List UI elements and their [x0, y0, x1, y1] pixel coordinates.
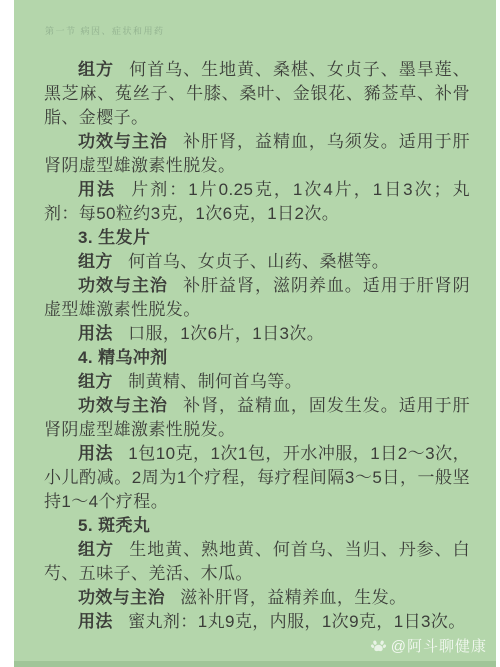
entry-label: 组方: [78, 252, 113, 271]
entry-label: 用法: [78, 444, 113, 463]
screenshot-root: 第一节 病因、症状和用药 组方何首乌、生地黄、桑椹、女贞子、墨旱莲、黑芝麻、菟丝…: [0, 0, 500, 667]
entry-text: 口服，1次6片，1日3次。: [128, 324, 324, 343]
entry-label: 组方: [78, 540, 114, 559]
entry-label: 用法: [78, 612, 113, 631]
entry-paragraph: 功效与主治补肝肾，益精血，乌须发。适用于肝肾阴虚型雄激素性脱发。: [44, 130, 470, 178]
page-body: 组方何首乌、生地黄、桑椹、女贞子、墨旱莲、黑芝麻、菟丝子、牛膝、桑叶、金银花、豨…: [44, 58, 470, 634]
entry-text: 制黄精、制何首乌等。: [128, 372, 302, 391]
entry-label: 功效与主治: [78, 276, 168, 295]
entry-label: 功效与主治: [78, 132, 168, 151]
entry-paragraph: 组方生地黄、熟地黄、何首乌、当归、丹参、白芍、五味子、羌活、木瓜。: [44, 538, 470, 586]
watermark: @阿斗聊健康: [370, 635, 487, 656]
entry-paragraph: 组方何首乌、女贞子、山药、桑椹等。: [44, 250, 470, 274]
entry-paragraph: 功效与主治补肝益肾，滋阴养血。适用于肝肾阴虚型雄激素性脱发。: [44, 274, 470, 322]
entry-text: 蜜丸剂：1丸9克，内服，1次9克，1日3次。: [128, 612, 466, 631]
entry-label: 组方: [78, 372, 113, 391]
entry-label: 功效与主治: [78, 396, 168, 415]
section-heading: 4. 精乌冲剂: [44, 346, 470, 370]
entry-label: 组方: [78, 60, 114, 79]
book-page: 第一节 病因、症状和用药 组方何首乌、生地黄、桑椹、女贞子、墨旱莲、黑芝麻、菟丝…: [14, 0, 496, 667]
section-heading: 3. 生发片: [44, 226, 470, 250]
page-header: 第一节 病因、症状和用药: [45, 24, 165, 37]
entry-text: 何首乌、女贞子、山药、桑椹等。: [128, 252, 389, 271]
entry-label: 功效与主治: [78, 588, 165, 607]
watermark-handle: @阿斗聊健康: [391, 635, 487, 656]
entry-paragraph: 用法1包10克，1次1包，开水冲服，1日2～3次，小儿酌减。2周为1个疗程，每疗…: [44, 442, 470, 514]
entry-paragraph: 用法蜜丸剂：1丸9克，内服，1次9克，1日3次。: [44, 610, 470, 634]
paw-icon: [370, 637, 387, 654]
entry-paragraph: 功效与主治补肾，益精血，固发生发。适用于肝肾阴虚型雄激素性脱发。: [44, 394, 470, 442]
entry-label: 用法: [78, 324, 113, 343]
entry-paragraph: 组方何首乌、生地黄、桑椹、女贞子、墨旱莲、黑芝麻、菟丝子、牛膝、桑叶、金银花、豨…: [44, 58, 470, 130]
entry-paragraph: 用法口服，1次6片，1日3次。: [44, 322, 470, 346]
entry-paragraph: 用法片剂：1片0.25克，1次4片，1日3次；丸剂：每50粒约3克，1次6克，1…: [44, 178, 470, 226]
entry-paragraph: 组方制黄精、制何首乌等。: [44, 370, 470, 394]
entry-label: 用法: [78, 180, 116, 199]
section-heading: 5. 斑秃丸: [44, 514, 470, 538]
page-bottom-edge: [14, 661, 496, 667]
entry-paragraph: 功效与主治滋补肝肾，益精养血，生发。: [44, 586, 470, 610]
entry-text: 滋补肝肾，益精养血，生发。: [180, 588, 406, 607]
